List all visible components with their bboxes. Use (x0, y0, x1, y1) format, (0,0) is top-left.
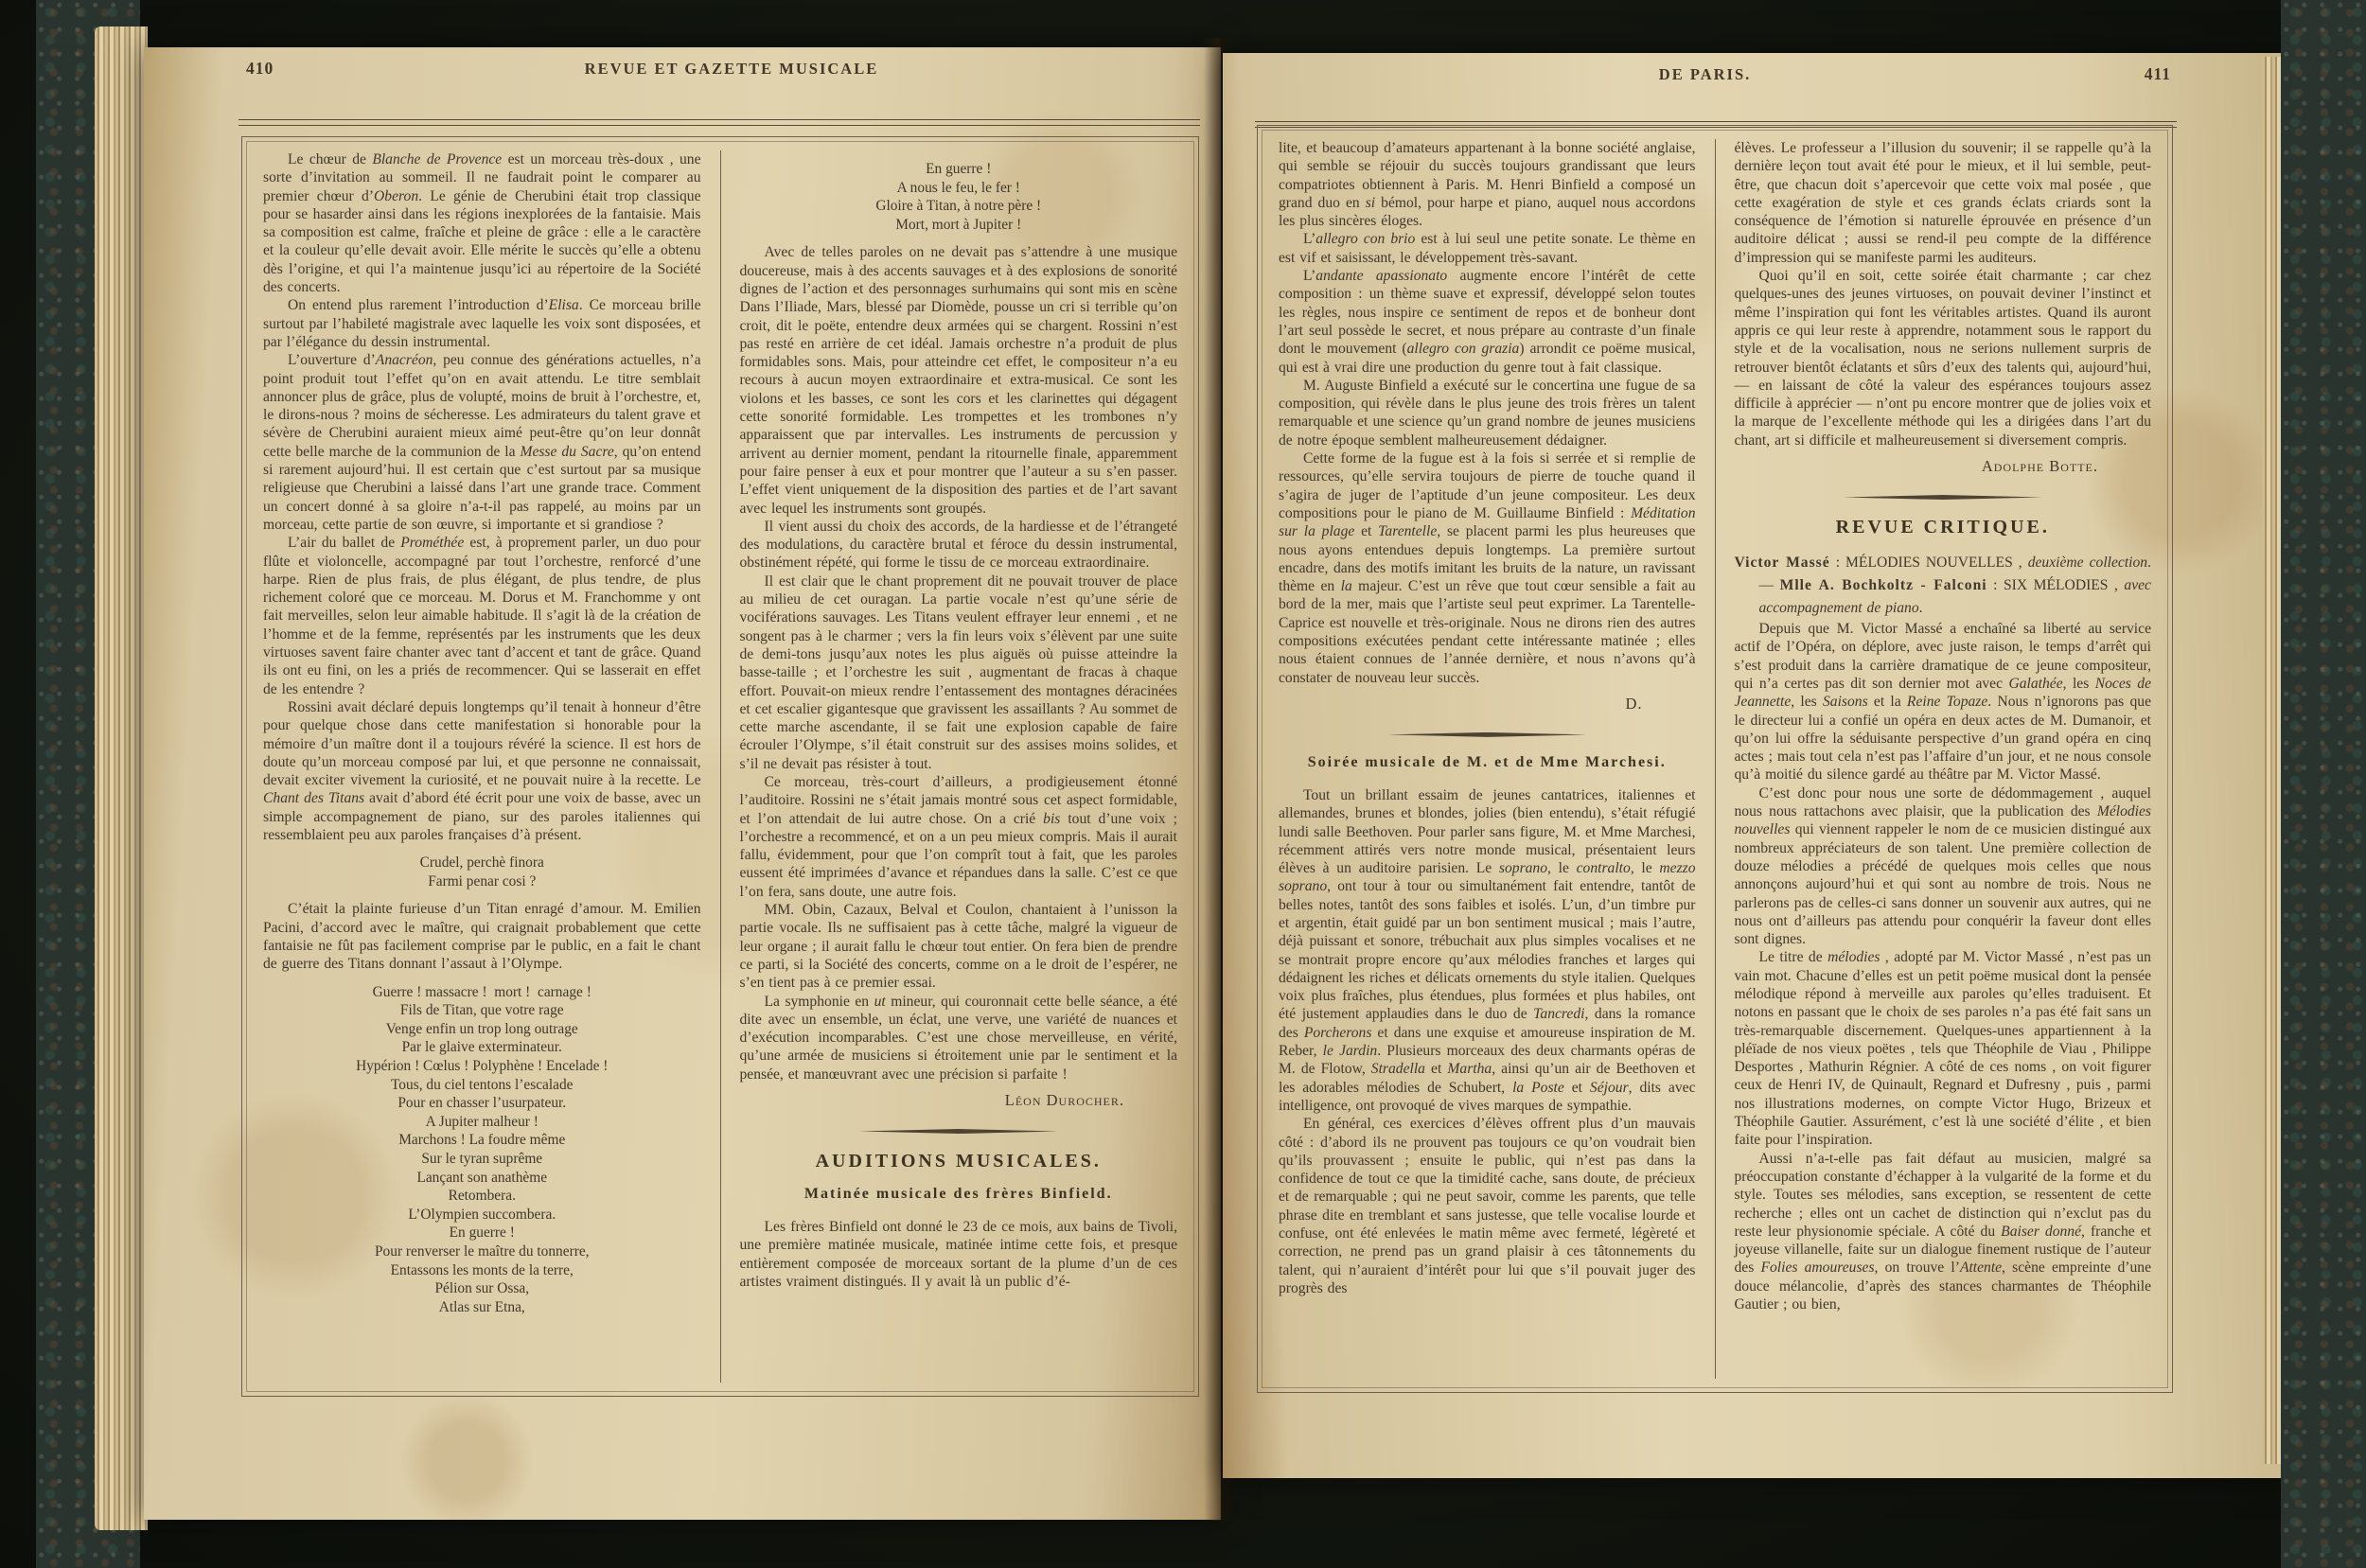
verse-line: Farmi penar cosi ? (263, 872, 701, 891)
paragraph: M. Auguste Binfield a exécuté sur le con… (1279, 377, 1696, 449)
journal-page-left: 410 REVUE ET GAZETTE MUSICALE Le chœur d… (144, 47, 1221, 1520)
article-subheading: Matinée musicale des frères Binfield. (740, 1186, 1178, 1203)
verse-line: Hypérion ! Cœlus ! Polyphène ! Encelade … (263, 1057, 701, 1076)
verse-line: Guerre ! massacre ! mort ! carnage ! (263, 983, 701, 1002)
verse-line: Mort, mort à Jupiter ! (740, 216, 1178, 235)
verse-line: A Jupiter malheur ! (263, 1113, 701, 1132)
page-number-left: 410 (246, 59, 274, 79)
column-divider (1715, 139, 1716, 1379)
verse-stanza: En guerre !A nous le feu, le fer !Gloire… (740, 160, 1178, 234)
section-divider (1387, 732, 1586, 737)
paragraph: MM. Obin, Cazaux, Belval et Coulon, chan… (740, 901, 1178, 992)
column-1: Le chœur de Blanche de Provence est un m… (261, 150, 703, 1383)
paragraph: Quoi qu’il en soit, cette soirée était c… (1735, 267, 2152, 449)
column-2: En guerre !A nous le feu, le fer !Gloire… (738, 150, 1180, 1383)
verse-line: L’Olympien succombera. (263, 1206, 701, 1224)
paragraph: On entend plus rarement l’introduction d… (263, 296, 701, 351)
journal-page-right: DE PARIS. 411 lite, et beaucoup d’amateu… (1223, 53, 2287, 1478)
paragraph: lite, et beaucoup d’amateurs appartenant… (1279, 139, 1696, 230)
review-citation: Victor Massé : MÉLODIES NOUVELLES , deux… (1735, 552, 2152, 620)
verse-line: Pélion sur Ossa, (263, 1279, 701, 1298)
verse-line: Gloire à Titan, à notre père ! (740, 197, 1178, 216)
text-frame-right: lite, et beaucoup d’amateurs appartenant… (1257, 125, 2173, 1393)
column-2: élèves. Le professeur a l’illusion du so… (1733, 139, 2154, 1379)
paragraph: La symphonie en ut mineur, qui couronnai… (740, 993, 1178, 1084)
running-head-spacer (1261, 64, 1265, 84)
page-edges-left (95, 26, 148, 1530)
verse-line: Sur le tyran suprême (263, 1150, 701, 1169)
verse-line: Fils de Titan, que votre rage (263, 1001, 701, 1020)
paragraph: L’air du ballet de Prométhée est, à prop… (263, 534, 701, 698)
verse-line: Entassons les monts de la terre, (263, 1261, 701, 1280)
running-head-spacer (1190, 59, 1194, 79)
paragraph: Rossini avait déclaré depuis longtemps q… (263, 698, 701, 844)
paragraph: En général, ces exercices d’élèves offre… (1279, 1115, 1696, 1297)
section-heading: REVUE CRITIQUE. (1735, 517, 2152, 538)
verse-line: En guerre ! (740, 160, 1178, 179)
author-signature: D. (1279, 695, 1696, 714)
paragraph: Le titre de mélodies , adopté par M. Vic… (1735, 948, 2152, 1149)
article-subheading: Soirée musicale de M. et de Mme Marchesi… (1279, 754, 1696, 771)
paragraph: Avec de telles paroles on ne devait pas … (740, 243, 1178, 517)
running-title-left: REVUE ET GAZETTE MUSICALE (585, 60, 879, 79)
section-divider (1844, 495, 2042, 500)
verse-line: Crudel, perchè finora (263, 854, 701, 872)
verse-line: Par le glaive exterminateur. (263, 1038, 701, 1057)
paragraph: élèves. Le professeur a l’illusion du so… (1735, 139, 2152, 267)
paragraph: C’est donc pour nous une sorte de dédomm… (1735, 784, 2152, 949)
verse-line: Marchons ! La foudre même (263, 1131, 701, 1150)
marbled-cover-right (2281, 0, 2366, 1568)
section-divider (859, 1129, 1058, 1134)
verse-line: Tous, du ciel tentons l’escalade (263, 1076, 701, 1095)
paragraph: L’ouverture d’Anacréon, peu connue des g… (263, 351, 701, 534)
verse-line: Pour renverser le maître du tonnerre, (263, 1242, 701, 1261)
column-divider (720, 150, 721, 1383)
section-heading: AUDITIONS MUSICALES. (740, 1151, 1178, 1172)
running-head-right: DE PARIS. 411 (1261, 64, 2171, 84)
paragraph: Il vient aussi du choix des accords, de … (740, 518, 1178, 573)
verse-stanza: Guerre ! massacre ! mort ! carnage !Fils… (263, 983, 701, 1317)
paragraph: Tout un brillant essaim de jeunes cantat… (1279, 786, 1696, 1115)
author-signature: Adolphe Botte. (1735, 457, 2152, 476)
verse-line: Venge enfin un trop long outrage (263, 1020, 701, 1039)
running-title-right: DE PARIS. (1659, 65, 1751, 84)
paragraph: L’andante apassionato augmente encore l’… (1279, 267, 1696, 377)
verse-line: Retombera. (263, 1187, 701, 1206)
author-signature: Léon Durocher. (740, 1091, 1178, 1110)
verse-line: En guerre ! (263, 1224, 701, 1242)
paragraph: C’était la plainte furieuse d’un Titan e… (263, 900, 701, 973)
paragraph: Depuis que M. Victor Massé a enchaîné sa… (1735, 620, 2152, 784)
running-head-left: 410 REVUE ET GAZETTE MUSICALE (246, 59, 1194, 79)
page-number-right: 411 (2145, 64, 2171, 84)
header-rule-left (238, 119, 1200, 126)
verse-line: Lançant son anathème (263, 1169, 701, 1188)
verse-line: Pour en chasser l’usurpateur. (263, 1094, 701, 1113)
verse-line: A nous le feu, le fer ! (740, 179, 1178, 198)
text-frame-left: Le chœur de Blanche de Provence est un m… (241, 136, 1199, 1397)
paragraph: Aussi n’a-t-elle pas fait défaut au musi… (1735, 1150, 2152, 1314)
paragraph: Il est clair que le chant proprement dit… (740, 573, 1178, 773)
column-1: lite, et beaucoup d’amateurs appartenant… (1277, 139, 1698, 1379)
paragraph: Le chœur de Blanche de Provence est un m… (263, 150, 701, 296)
book-photo-stage: 410 REVUE ET GAZETTE MUSICALE Le chœur d… (0, 0, 2366, 1568)
verse-line: Atlas sur Etna, (263, 1298, 701, 1317)
verse-stanza: Crudel, perchè finoraFarmi penar cosi ? (263, 854, 701, 890)
paragraph: Ce morceau, très-court d’ailleurs, a pro… (740, 773, 1178, 901)
paragraph: Les frères Binfield ont donné le 23 de c… (740, 1218, 1178, 1291)
paragraph: L’allegro con brio est à lui seul une pe… (1279, 230, 1696, 267)
paragraph: Cette forme de la fugue est à la fois si… (1279, 449, 1696, 687)
